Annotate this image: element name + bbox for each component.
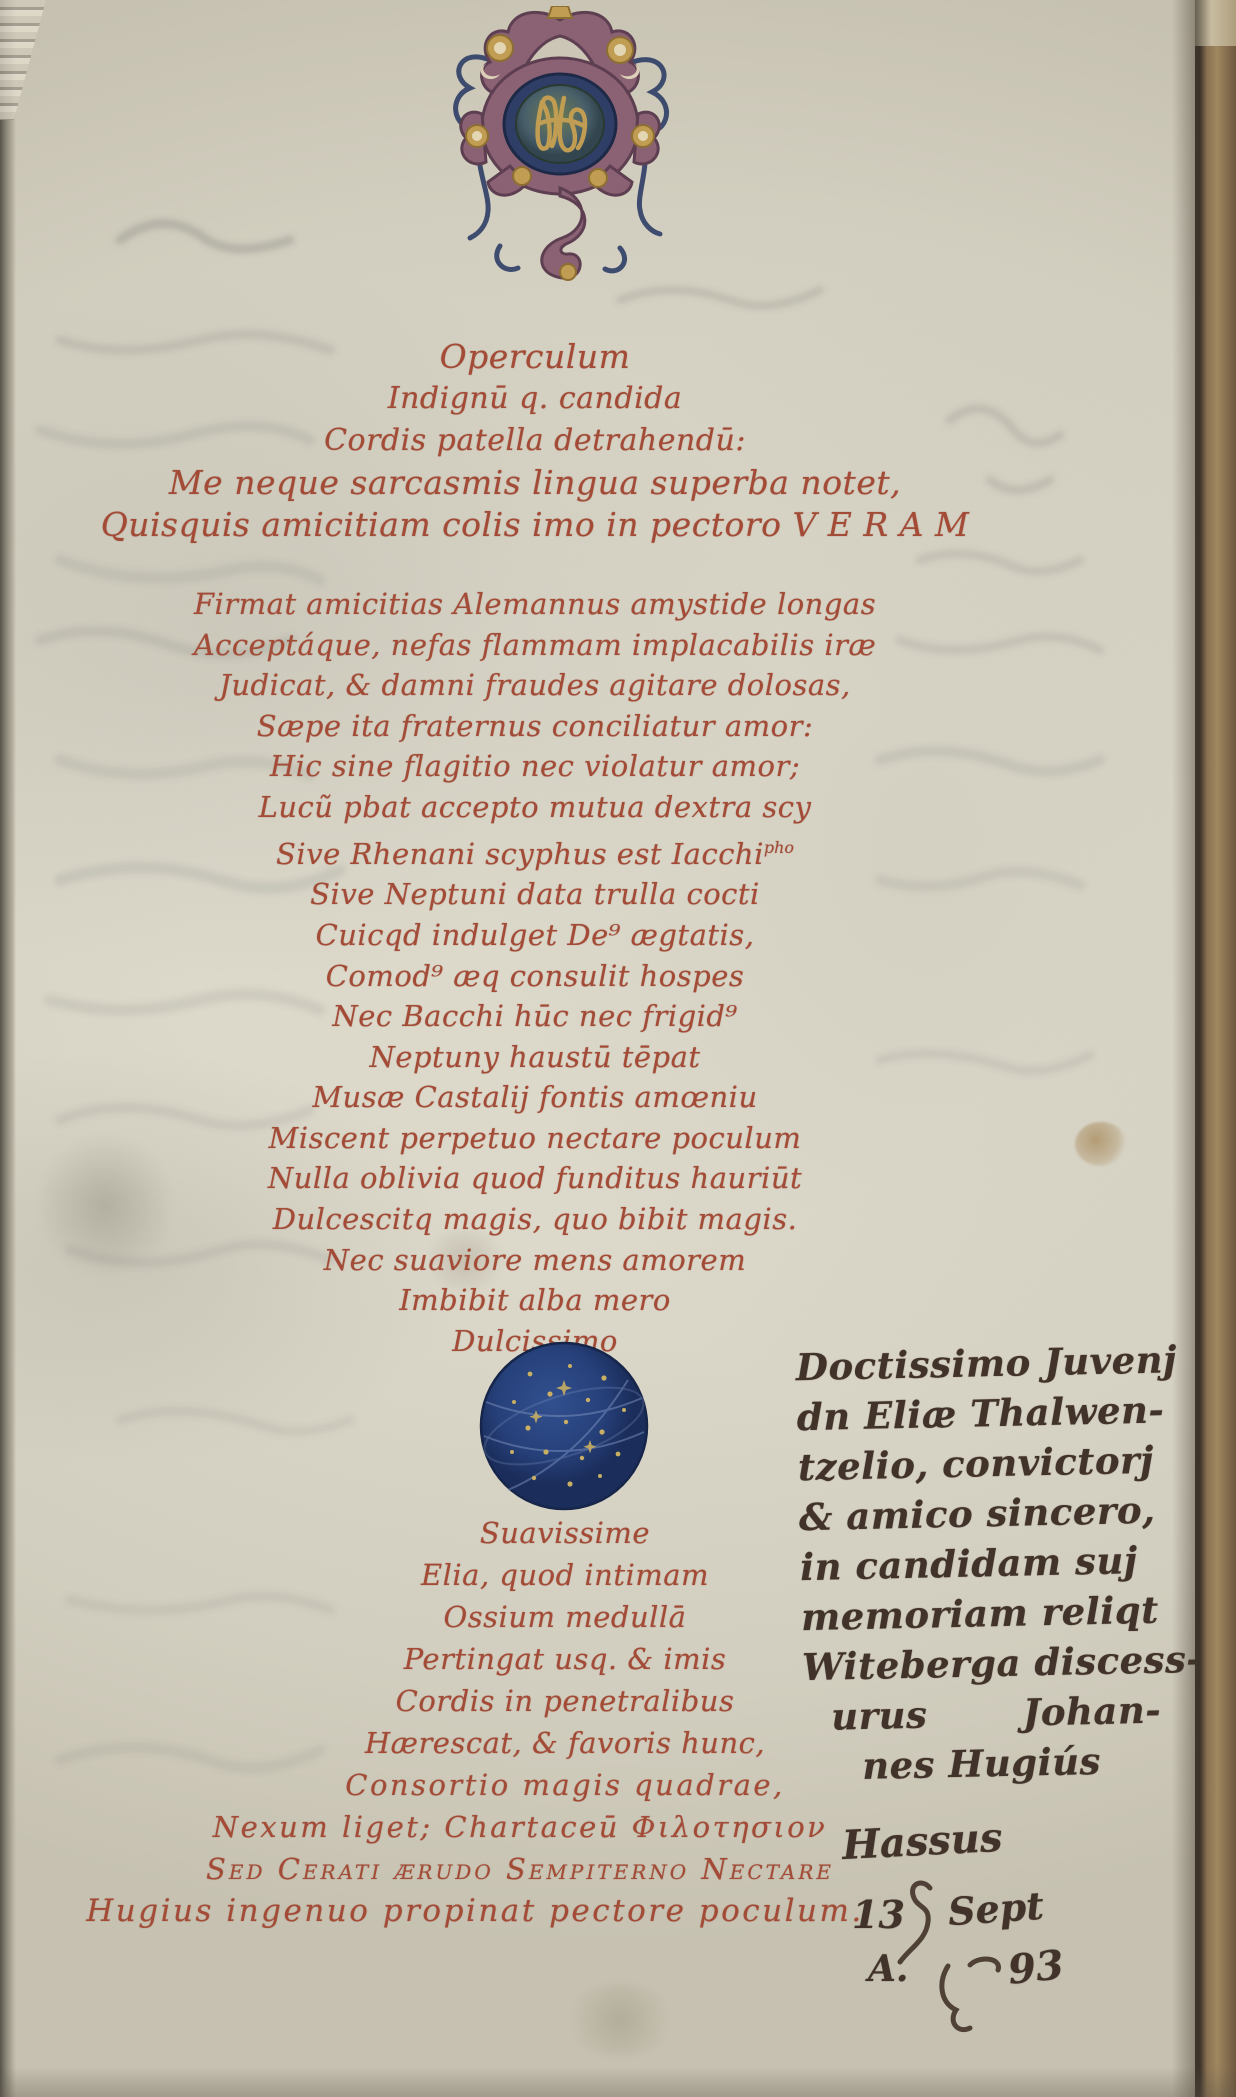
illuminated-crest xyxy=(430,6,690,351)
manuscript-line: Hugius ingenuo propinat pectore poculum. xyxy=(0,1890,975,1932)
dedication-line: Witeberga discess- xyxy=(802,1634,1203,1692)
manuscript-line: Me neque sarcasmis lingua superba notet, xyxy=(35,462,1035,504)
dedication-line: in candidam suj xyxy=(800,1534,1201,1592)
dedication-line: memoriam reliqt xyxy=(801,1584,1202,1642)
date-day: 13 xyxy=(852,1892,905,1937)
manuscript-line: Cuicqd indulget De⁹ ægtatis, xyxy=(35,915,1035,956)
book-gutter-edge xyxy=(0,0,16,2097)
dedication-word: urus xyxy=(831,1690,928,1742)
manuscript-line: Cordis patella detrahendū: xyxy=(35,420,1035,462)
manuscript-line: Hic sine flagitio nec violatur amor; xyxy=(35,746,1035,787)
manuscript-line: Musæ Castalij fontis amœniu xyxy=(35,1077,1035,1118)
manuscript-line: Sæpe ita fraternus conciliatur amor: xyxy=(35,706,1035,747)
bottom-shadow xyxy=(0,2067,1236,2097)
dedication-line: & amico sincero, xyxy=(798,1484,1199,1542)
dedication-line: tzelio, convictorj xyxy=(797,1434,1198,1492)
manuscript-line: Nec Bacchi hūc nec frigid⁹ xyxy=(35,996,1035,1037)
book-fore-edge-top xyxy=(1195,0,1236,46)
faint-stain xyxy=(560,1985,680,2055)
signature-surname: Hassus xyxy=(841,1814,1004,1869)
dedication-word: Johan- xyxy=(1022,1685,1161,1738)
manuscript-line: Operculum xyxy=(35,336,1035,378)
date-month: Sept xyxy=(947,1883,1046,1935)
rust-stain xyxy=(1075,1122,1127,1166)
manuscript-line: Nec suaviore mens amorem xyxy=(35,1240,1035,1281)
manuscript-line: Miscent perpetuo nectare poculum xyxy=(35,1118,1035,1159)
date-year: 93 xyxy=(1006,1941,1066,1994)
dedication-line: dn Eliæ Thalwen- xyxy=(796,1384,1197,1442)
manuscript-page: Operculum Indignū q. candida Cordis pate… xyxy=(0,0,1236,2097)
manuscript-line: Quisquis amicitiam colis imo in pectoro … xyxy=(35,504,1035,546)
manuscript-line: Neptuny haustū tēpat xyxy=(35,1037,1035,1078)
manuscript-line: Dulcescitq magis, quo bibit magis. xyxy=(35,1199,1035,1240)
manuscript-line: Sive Neptuni data trulla cocti xyxy=(35,874,1035,915)
dedication-line: urus Johan- xyxy=(803,1685,1162,1742)
manuscript-line: Indignū q. candida xyxy=(35,378,1035,420)
celestial-globe xyxy=(478,1340,650,1512)
manuscript-line: Comod⁹ æq consulit hospes xyxy=(35,956,1035,997)
red-text-heading-block: Operculum Indignū q. candida Cordis pate… xyxy=(35,336,1035,546)
manuscript-line: Firmat amicitias Alemannus amystide long… xyxy=(35,584,1035,625)
dedication-line: nes Hugiús xyxy=(804,1734,1205,1792)
manuscript-line: Acceptáque, nefas flammam implacabilis i… xyxy=(35,625,1035,666)
stacked-page-edges xyxy=(0,0,46,120)
superscript-abbreviation: pho xyxy=(764,838,794,857)
date-anno: A. xyxy=(868,1948,908,1990)
brown-ink-dedication: Doctissimo Juvenj dn Eliæ Thalwen- tzeli… xyxy=(795,1334,1204,1792)
manuscript-line: Sive Rhenani scyphus est Iacchipho xyxy=(35,828,1035,875)
dedication-line: Doctissimo Juvenj xyxy=(795,1334,1196,1392)
manuscript-line: Imbibit alba mero xyxy=(35,1280,1035,1321)
manuscript-line: Lucũ pbat accepto mutua dextra scy xyxy=(35,787,1035,828)
manuscript-line: Nulla oblivia quod funditus hauriūt xyxy=(35,1158,1035,1199)
book-fore-edge xyxy=(1195,0,1236,2097)
manuscript-line: Judicat, & damni fraudes agitare dolosas… xyxy=(35,665,1035,706)
red-text-poem-block: Firmat amicitias Alemannus amystide long… xyxy=(35,584,1035,1361)
